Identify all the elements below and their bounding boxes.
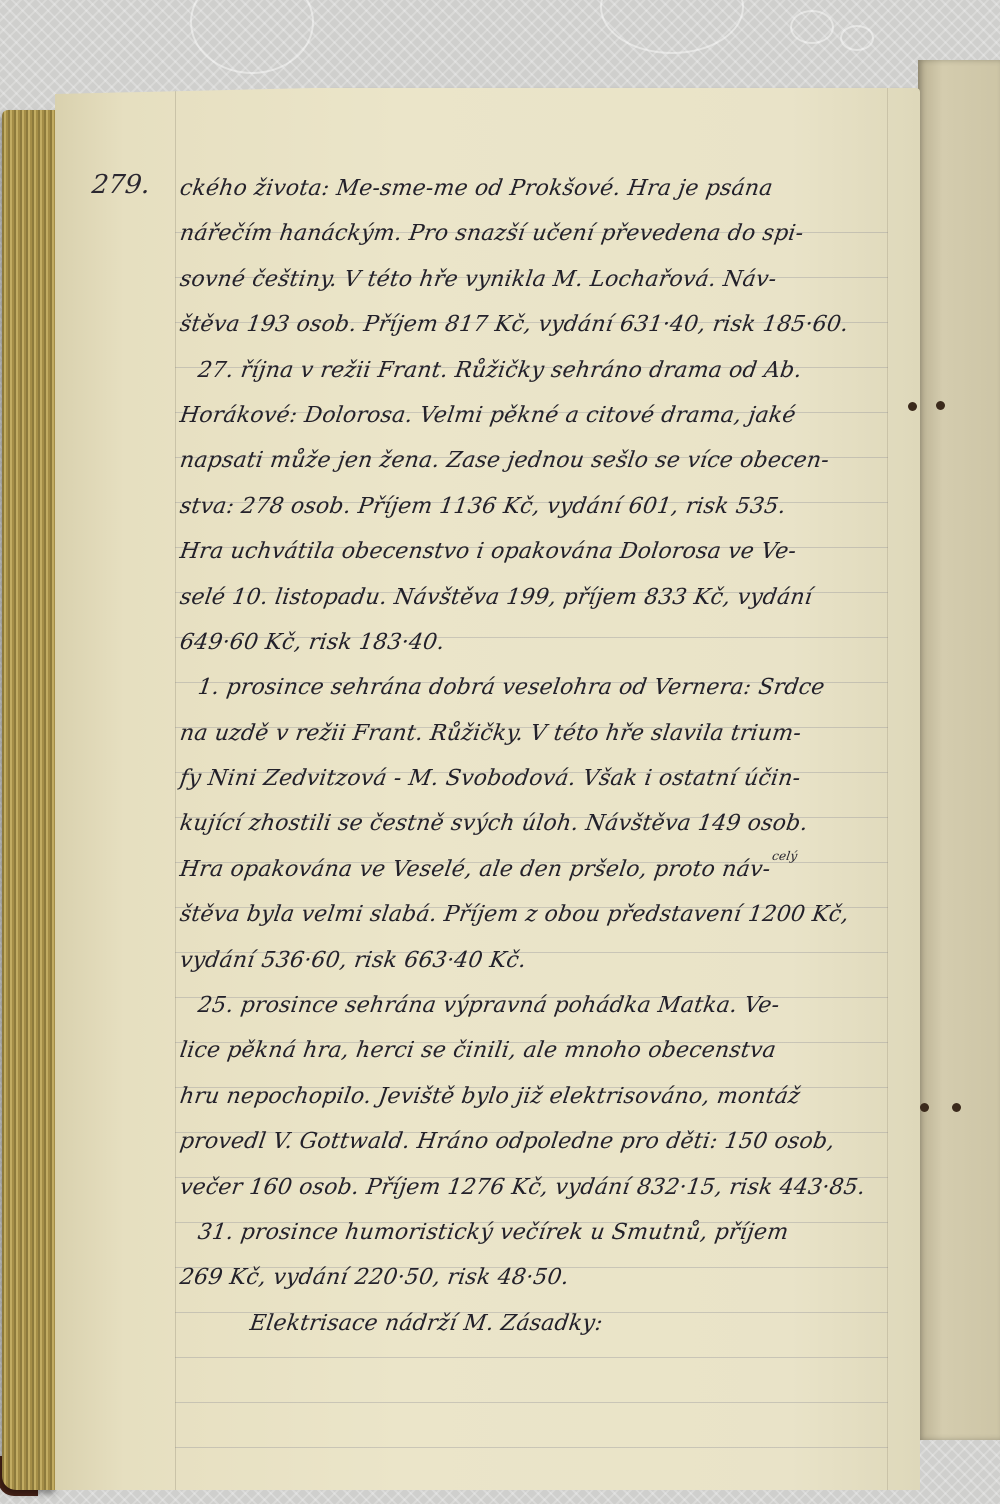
text-line-content: na uzdě v režii Frant. Růžičky. V této h…: [178, 721, 802, 746]
text-line: vydání 536·60, risk 663·40 Kč.: [177, 938, 903, 983]
text-line-content: ckého života: Me-sme-me od Prokšové. Hra…: [178, 176, 774, 201]
text-line-content: Horákové: Dolorosa. Velmi pěkné a citové…: [178, 403, 797, 428]
text-line-content: lice pěkná hra, herci se činili, ale mno…: [178, 1038, 777, 1063]
text-line: lice pěkná hra, herci se činili, ale mno…: [177, 1028, 903, 1073]
text-line: napsati může jen žena. Zase jednou sešlo…: [177, 438, 903, 483]
text-line-content: 31. prosince humoristický večírek u Smut…: [196, 1220, 790, 1245]
text-line-content: 25. prosince sehrána výpravná pohádka Ma…: [196, 993, 781, 1018]
text-line: 25. prosince sehrána výpravná pohádka Ma…: [177, 983, 903, 1028]
binding-hole: [936, 401, 945, 410]
text-line-content: Hra opakována ve Veselé, ale den pršelo,…: [178, 857, 772, 882]
margin-rule: [175, 88, 176, 1490]
text-line-content: 269 Kč, vydání 220·50, risk 48·50.: [178, 1265, 570, 1290]
text-line-content: vydání 536·60, risk 663·40 Kč.: [178, 948, 528, 973]
text-line: štěva 193 osob. Příjem 817 Kč, vydání 63…: [177, 302, 903, 347]
text-line: nářečím hanáckým. Pro snazší učení převe…: [177, 211, 903, 256]
text-line-content: Hra uchvátila obecenstvo i opakována Dol…: [178, 539, 798, 564]
text-line-content: provedl V. Gottwald. Hráno odpoledne pro…: [178, 1129, 836, 1154]
text-line: hru nepochopilo. Jeviště bylo již elektr…: [177, 1074, 903, 1119]
interlinear-insertion: celý: [771, 849, 798, 863]
text-line-content: štěva byla velmi slabá. Příjem z obou př…: [178, 902, 850, 927]
tablecloth-pattern: [600, 0, 744, 54]
text-line-content: Elektrisace nádrží M. Zásadky:: [248, 1311, 604, 1336]
text-line-content: kující zhostili se čestně svých úloh. Ná…: [178, 811, 809, 836]
tablecloth-pattern: [190, 0, 314, 74]
text-line-content: sovné češtiny. V této hře vynikla M. Loc…: [178, 267, 778, 292]
text-line-content: štěva 193 osob. Příjem 817 Kč, vydání 63…: [178, 312, 850, 337]
facing-page-edge: [918, 60, 1000, 1440]
text-line: stva: 278 osob. Příjem 1136 Kč, vydání 6…: [177, 484, 903, 529]
binding-hole: [952, 1103, 961, 1112]
text-line: Hra opakována ve Veselé, ale den pršelo,…: [177, 847, 903, 892]
handwritten-text: ckého života: Me-sme-me od Prokšové. Hra…: [180, 166, 900, 1346]
text-line: sovné češtiny. V této hře vynikla M. Loc…: [177, 257, 903, 302]
text-line-content: 1. prosince sehrána dobrá veselohra od V…: [196, 675, 826, 700]
text-line-content: hru nepochopilo. Jeviště bylo již elektr…: [178, 1084, 801, 1109]
text-line: 27. října v režii Frant. Růžičky sehráno…: [177, 348, 903, 393]
text-line-content: selé 10. listopadu. Návštěva 199, příjem…: [178, 585, 814, 610]
text-line-content: stva: 278 osob. Příjem 1136 Kč, vydání 6…: [178, 494, 787, 519]
text-line: Elektrisace nádrží M. Zásadky:: [177, 1301, 903, 1346]
text-line: ckého života: Me-sme-me od Prokšové. Hra…: [177, 166, 903, 211]
text-line-content: večer 160 osob. Příjem 1276 Kč, vydání 8…: [178, 1175, 867, 1200]
text-line: provedl V. Gottwald. Hráno odpoledne pro…: [177, 1119, 903, 1164]
text-line-content: fy Nini Zedvitzová - M. Svobodová. Však …: [178, 766, 802, 791]
text-line: večer 160 osob. Příjem 1276 Kč, vydání 8…: [177, 1165, 903, 1210]
text-line: 649·60 Kč, risk 183·40.: [177, 620, 903, 665]
ledger-page: 279. ckého života: Me-sme-me od Prokšové…: [55, 88, 920, 1490]
text-line: štěva byla velmi slabá. Příjem z obou př…: [177, 892, 903, 937]
text-line-content: napsati může jen žena. Zase jednou sešlo…: [178, 448, 830, 473]
text-line: Horákové: Dolorosa. Velmi pěkné a citové…: [177, 393, 903, 438]
text-line: na uzdě v režii Frant. Růžičky. V této h…: [177, 711, 903, 756]
text-line: fy Nini Zedvitzová - M. Svobodová. Však …: [177, 756, 903, 801]
text-line-content: nářečím hanáckým. Pro snazší učení převe…: [178, 221, 805, 246]
tablecloth-pattern: [790, 10, 834, 44]
binding-hole: [920, 1103, 929, 1112]
text-line: 1. prosince sehrána dobrá veselohra od V…: [177, 665, 903, 710]
text-line: 31. prosince humoristický večírek u Smut…: [177, 1210, 903, 1255]
text-line-content: 27. října v režii Frant. Růžičky sehráno…: [196, 358, 803, 383]
page-number: 279.: [90, 170, 151, 200]
book-page-stack: [2, 110, 57, 1490]
text-line: 269 Kč, vydání 220·50, risk 48·50.: [177, 1255, 903, 1300]
text-line: kující zhostili se čestně svých úloh. Ná…: [177, 801, 903, 846]
text-line-content: 649·60 Kč, risk 183·40.: [178, 630, 446, 655]
binding-hole: [908, 402, 917, 411]
text-line: Hra uchvátila obecenstvo i opakována Dol…: [177, 529, 903, 574]
tablecloth-pattern: [840, 25, 874, 51]
text-line: selé 10. listopadu. Návštěva 199, příjem…: [177, 575, 903, 620]
